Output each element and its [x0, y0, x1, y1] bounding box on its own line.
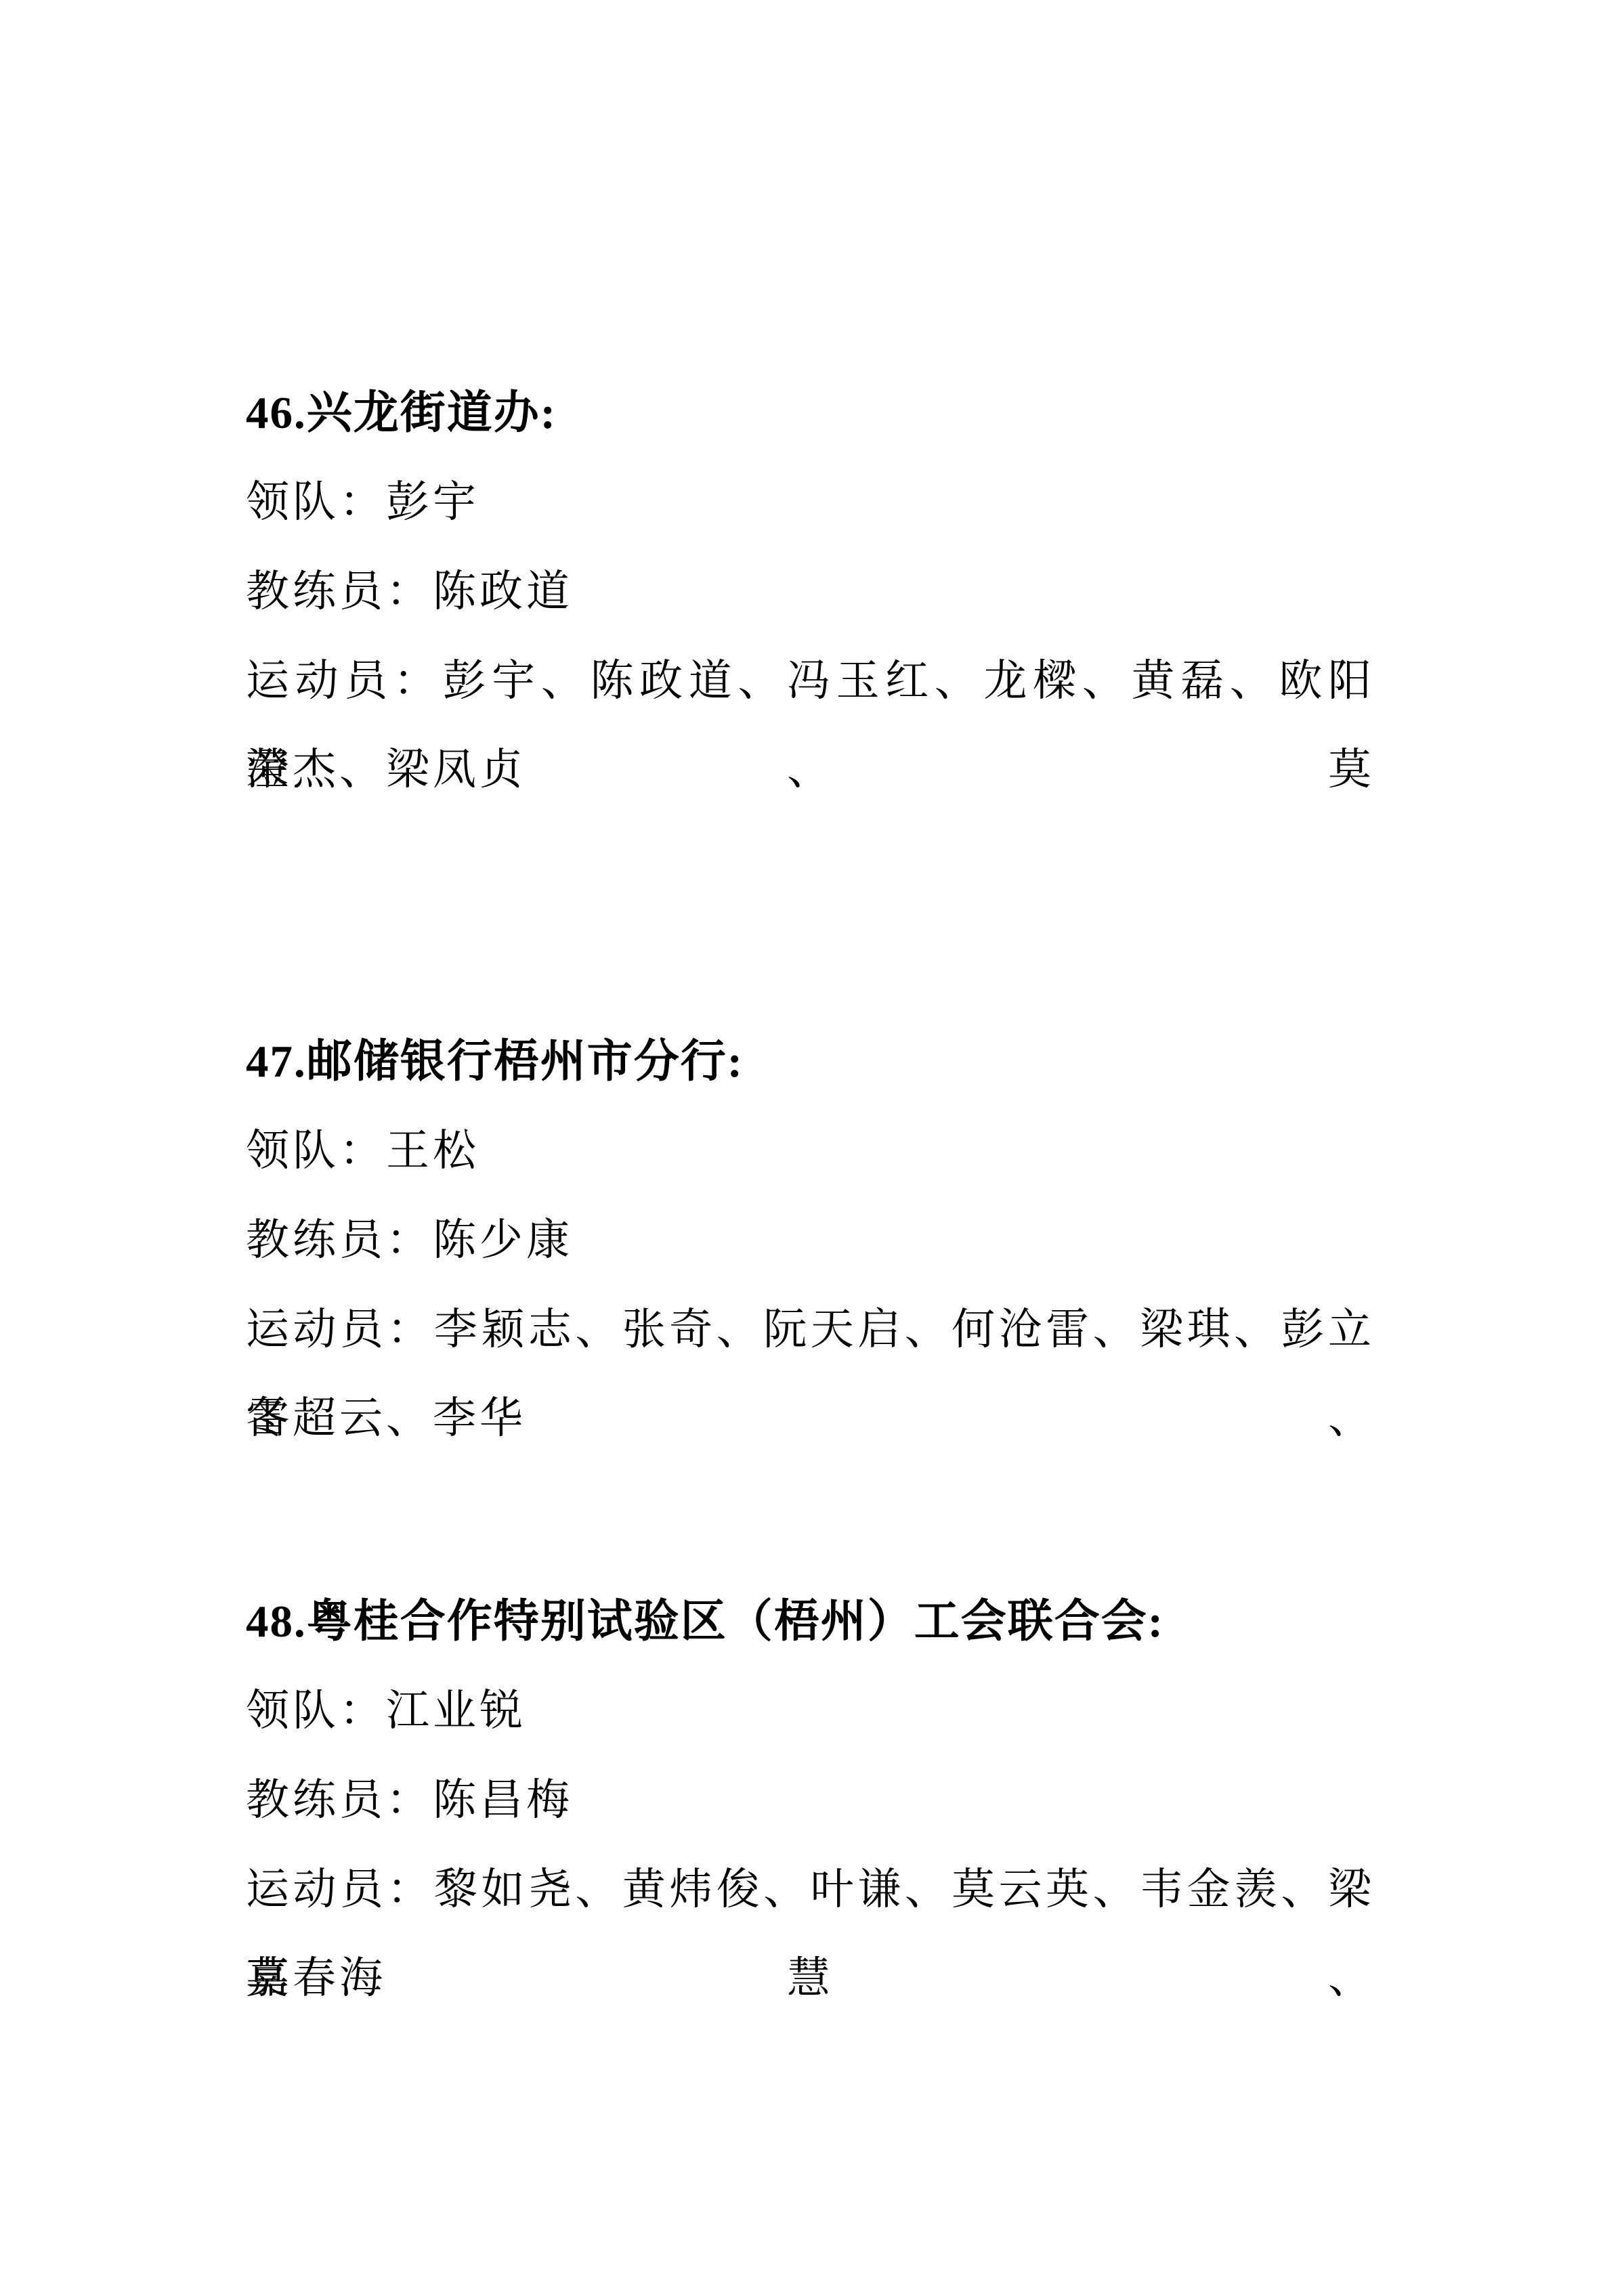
section-47-heading: 47.邮储银行梧州市分行:: [246, 1018, 1375, 1106]
section-46-leader-line: 领队：彭宇: [246, 458, 1375, 546]
section-48-coach-line: 教练员：陈昌梅: [246, 1756, 1375, 1844]
section-48-heading: 48.粤桂合作特别试验区（梧州）工会联合会:: [246, 1578, 1375, 1666]
section-47-coach-line: 教练员：陈少康: [246, 1196, 1375, 1284]
section-48-leader-line: 领队：江业锐: [246, 1666, 1375, 1755]
section-47-athletes-line-2: 雷超云、李华: [246, 1374, 1375, 1463]
document-page: 46.兴龙街道办: 领队：彭宇 教练员：陈政道 运动员：彭宇、陈政道、冯玉红、龙…: [0, 0, 1624, 2296]
section-47-athletes-line-1: 运动员：李颖志、张奇、阮天启、何沧雷、梁琪、彭立冬、: [246, 1285, 1375, 1374]
section-48-athletes-line-2: 莫春海: [246, 1934, 1375, 2022]
section-48-athletes-line-1: 运动员：黎如尧、黄炜俊、叶谦、莫云英、韦金羡、梁嘉慧、: [246, 1845, 1375, 1934]
section-46-coach-line: 教练员：陈政道: [246, 547, 1375, 636]
section-47-leader-line: 领队：王松: [246, 1106, 1375, 1195]
section-46-athletes-line-2: 荣杰、梁凤贞: [246, 725, 1375, 814]
section-46-heading: 46.兴龙街道办:: [246, 369, 1375, 458]
section-46-athletes-line-1: 运动员：彭宇、陈政道、冯玉红、龙樑、黄磊、欧阳澄、莫: [246, 636, 1375, 725]
